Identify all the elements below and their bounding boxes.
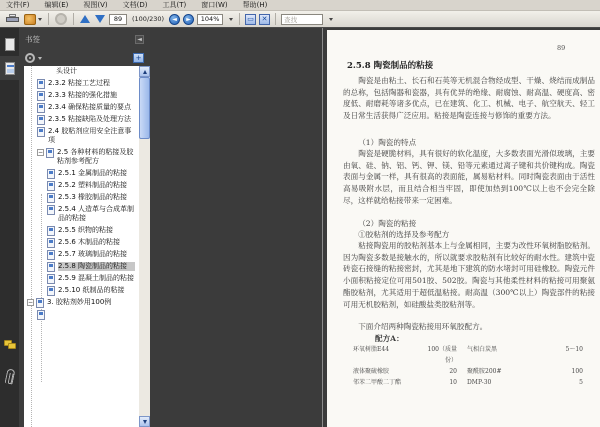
bookmark-page-icon [37,79,45,89]
toolbar-separator [48,13,49,25]
bookmark-item[interactable]: 2.3.5 粘接缺陷及处理方法 [24,114,137,126]
scroll-down-button[interactable] [139,416,150,427]
find-dropdown-button[interactable] [326,13,334,26]
formula-row: 邻苯二甲酸二丁酯10DMP-305 [353,377,589,388]
intro-line: 下面介绍两种陶瓷粘接用环氧胶配方。 [343,321,595,332]
bookmark-page-icon [36,298,44,308]
sub-heading: （1）陶瓷的特点 [343,137,595,148]
bookmark-item[interactable]: 2.5.10 纸制品的粘接 [24,285,137,297]
bookmark-page-icon [47,226,55,236]
bookmark-page-icon [47,181,55,191]
navigation-tab-strip [0,28,19,427]
bookmark-page-icon [37,91,45,101]
formula-title: 配方A： [375,333,404,344]
bookmark-item[interactable]: −2.5 各种材料的粘接及胶粘剂参考配方 [24,147,137,168]
bookmarks-icon [5,62,15,75]
pdf-reader-window: 文件(F)编辑(E)视图(V)文档(D)工具(T)窗口(W)帮助(H) 89 (… [0,0,600,427]
section-heading: 2.5.8 陶瓷制品的粘接 [347,59,433,71]
formula-cell: 100 [529,366,589,377]
bookmarks-panel: 书签 ◄ + 头设计2.3.2 粘接工艺过程2.3.3 粘接的强化措施2.3.4… [19,28,150,427]
zoom-dropdown-button[interactable] [226,13,234,26]
paperclip-icon [4,368,15,384]
main-area: 书签 ◄ + 头设计2.3.2 粘接工艺过程2.3.3 粘接的强化措施2.3.4… [0,28,600,427]
bookmark-page-icon [37,103,45,113]
bookmark-label: 2.5.7 玻璃制品的粘接 [58,250,135,260]
paragraph: 陶瓷是由粘土、长石和石英等无机混合物经成型、干燥、烧结而成制品的总称，包括陶器和… [343,75,595,122]
disabled-tool-button [54,13,68,26]
zoom-input[interactable]: 104% [197,14,223,25]
bookmark-page-icon [47,274,55,284]
find-input[interactable]: 查找 [281,14,323,25]
bookmark-label: 2.3.3 粘接的强化措施 [48,91,135,101]
bookmark-label: 2.5.9 混凝土制品的粘接 [58,274,135,284]
scrollbar-thumb[interactable] [139,77,150,139]
next-view-button[interactable]: ► [183,14,194,25]
menu-bar: 文件(F)编辑(E)视图(V)文档(D)工具(T)窗口(W)帮助(H) [0,0,600,11]
caret-down-icon [38,18,42,21]
menu-item-2[interactable]: 视图(V) [81,0,109,10]
formula-table: 环氧树脂E44100（质量份）气相白炭黑5～10液体聚硫橡胶20聚酰胺200#1… [353,344,589,388]
menu-item-3[interactable]: 文档(D) [121,0,150,10]
collapse-expander-icon[interactable]: − [37,149,44,156]
bookmark-item[interactable]: 2.5.8 陶瓷制品的粘接 [24,261,137,273]
export-icon [24,14,36,25]
previous-view-button[interactable]: ◄ [169,14,180,25]
bookmark-tree: 头设计2.3.2 粘接工艺过程2.3.3 粘接的强化措施2.3.4 确保粘接质量… [24,66,148,427]
bookmark-label: 2.5.3 橡胶制品的粘接 [58,193,135,203]
menu-item-1[interactable]: 编辑(E) [43,0,71,10]
bookmark-label: 2.3.2 粘接工艺过程 [48,79,135,89]
arrow-up-icon [80,15,90,23]
next-page-button[interactable] [94,13,106,26]
sub-heading: （2）陶瓷的粘接 [343,218,595,229]
caret-down-icon [329,18,333,21]
bookmark-page-icon [47,250,55,260]
bookmark-label: 2.3.5 粘接缺陷及处理方法 [48,115,135,125]
scroll-up-button[interactable] [139,66,150,77]
print-button[interactable] [5,13,20,26]
bookmark-item[interactable]: 2.5.2 塑料制品的粘接 [24,180,137,192]
bookmarks-scrollbar[interactable] [139,66,150,427]
bookmark-item[interactable]: 2.5.1 金属制品的粘接 [24,168,137,180]
disabled-tool-icon [55,13,67,25]
bookmark-item[interactable]: 2.5.7 玻璃制品的粘接 [24,249,137,261]
page-edge-line [322,28,323,427]
toolbar-separator [275,13,276,25]
menu-item-6[interactable]: 帮助(H) [241,0,270,10]
menu-item-4[interactable]: 工具(T) [161,0,189,10]
bookmark-item[interactable]: 2.5.6 木制品的粘接 [24,237,137,249]
bookmark-item[interactable]: 2.3.2 粘接工艺过程 [24,78,137,90]
formula-cell: 5～10 [529,344,589,366]
bookmark-page-icon [47,286,55,296]
panel-collapse-button[interactable]: ◄ [135,35,144,44]
formula-cell: 聚酰胺200# [467,366,529,377]
bookmark-page-icon [37,310,45,320]
bookmark-label: 2.5.8 陶瓷制品的粘接 [58,262,135,272]
pages-icon [5,38,15,51]
bookmark-label: 2.5.5 织物的粘接 [58,226,135,236]
formula-row: 环氧树脂E44100（质量份）气相白炭黑5～10 [353,344,589,366]
pages-panel-tab[interactable] [0,32,19,56]
bookmark-item[interactable]: 2.5.9 混凝土制品的粘接 [24,273,137,285]
bookmark-label: 2.5.10 纸制品的粘接 [58,286,135,296]
formula-cell: 邻苯二甲酸二丁酯 [353,377,419,388]
printer-icon [6,14,19,24]
bookmark-label: 2.5 各种材料的粘接及胶粘剂参考配方 [57,148,135,167]
bookmark-item[interactable] [24,309,137,321]
bookmark-page-icon [37,115,45,125]
bookmark-item[interactable]: 2.3.3 粘接的强化措施 [24,90,137,102]
fit-width-button[interactable]: ▭ [245,14,256,25]
bookmark-label: 2.5.1 金属制品的粘接 [58,169,135,179]
toolbar-separator [73,13,74,25]
sub-heading: ①胶粘剂的选择及参考配方 [343,229,595,240]
paragraph: 粘接陶瓷用的胶粘剂基本上与金属相同，主要为改性环氧树脂胶粘剂。因为陶瓷多数是接触… [343,240,595,310]
document-page[interactable]: 89 2.5.8 陶瓷制品的粘接 陶瓷是由粘土、长石和石英等无机混合物经成型、干… [327,30,600,427]
attachments-panel-tab[interactable] [0,364,19,388]
paragraph: 陶瓷是硬脆材料，具有很好的软化温度，大多数表面光滑似玻璃，主要由氧、硅、钠、铝、… [343,148,595,207]
menu-item-5[interactable]: 窗口(W) [199,0,229,10]
bookmark-item[interactable]: 2.5.3 橡胶制品的粘接 [24,192,137,204]
menu-item-0[interactable]: 文件(F) [4,0,32,10]
options-gear-icon[interactable] [25,53,35,63]
formula-cell: 5 [529,377,589,388]
formula-cell: 环氧树脂E44 [353,344,419,366]
bookmarks-panel-header: 书签 ◄ [19,28,150,50]
bookmark-item[interactable]: 2.5.5 织物的粘接 [24,225,137,237]
formula-cell: DMP-30 [467,377,529,388]
caret-down-icon [229,18,233,21]
arrow-down-icon [95,15,105,23]
toolbar: 89 (100/230) ◄ ► 104% ▭ ✕ 查找 [0,11,600,28]
bookmark-page-icon [47,238,55,248]
bookmarks-panel-tab[interactable] [0,56,19,80]
bookmark-label: 2.5.4 人造革与合成革制品的粘接 [58,205,135,224]
bookmark-page-icon [47,193,55,203]
bookmark-label: 3. 胶粘剂妙用100例 [47,298,135,308]
formula-cell: 气相白炭黑 [467,344,529,366]
formula-row: 液体聚硫橡胶20聚酰胺200#100 [353,366,589,377]
bookmark-item[interactable]: −3. 胶粘剂妙用100例 [24,297,137,309]
panel-title: 书签 [25,34,135,45]
bookmark-label: 头设计 [56,67,135,77]
bookmark-page-icon [37,127,45,137]
toolbar-separator [239,13,240,25]
printed-page-number: 89 [557,44,565,52]
bookmark-label: 2.5.2 塑料制品的粘接 [58,181,135,191]
bookmark-item[interactable]: 头设计 [24,66,137,78]
bookmark-page-icon [47,205,55,215]
formula-cell: 10 [419,377,467,388]
bookmark-item[interactable]: 2.4 胶粘剂应用安全注意事项 [24,126,137,147]
formula-cell: 20 [419,366,467,377]
bookmark-label: 2.5.6 木制品的粘接 [58,238,135,248]
bookmark-page-icon [47,262,55,272]
document-canvas[interactable]: 89 2.5.8 陶瓷制品的粘接 陶瓷是由粘土、长石和石英等无机混合物经成型、干… [150,28,600,427]
bookmark-item[interactable]: 2.5.4 人造革与合成革制品的粘接 [24,204,137,225]
bookmark-page-icon [47,169,55,179]
previous-page-button[interactable] [79,13,91,26]
expand-bookmark-button[interactable]: + [133,53,144,63]
bookmark-item[interactable]: 2.3.4 确保粘接质量的要点 [24,102,137,114]
bookmark-page-icon [46,148,54,158]
page-total-label: (100/230) [132,15,164,23]
bookmark-label: 2.4 胶粘剂应用安全注意事项 [48,127,135,146]
comments-icon [4,340,16,349]
bookmarks-options-row: + [19,50,150,66]
formula-cell: 100（质量份） [419,344,467,366]
fit-page-button[interactable]: ✕ [259,14,270,25]
formula-cell: 液体聚硫橡胶 [353,366,419,377]
page-number-input[interactable]: 89 [109,14,127,25]
export-button[interactable] [23,13,43,26]
collapse-expander-icon[interactable]: − [27,299,34,306]
comments-panel-tab[interactable] [0,332,19,356]
caret-down-icon [38,57,42,60]
bookmark-label: 2.3.4 确保粘接质量的要点 [48,103,135,113]
